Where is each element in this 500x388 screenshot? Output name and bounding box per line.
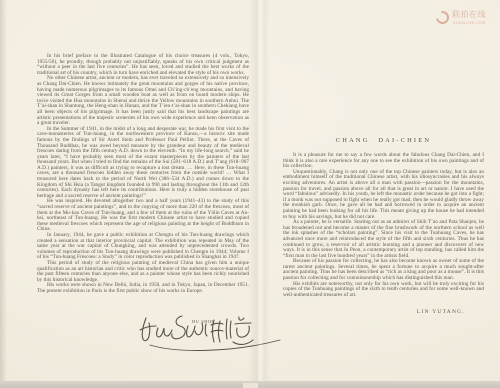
essay-paragraph: As a painter, he is versatile. Starting … (283, 220, 484, 259)
hu-shih-printed-name: HU SHIH (192, 319, 214, 324)
right-page-text-lin-yutang-essay: CHANG DAI-CHIEN It is a pleasure for me … (283, 137, 484, 298)
scanned-book-spread: In his brief preface to the Illustrated … (0, 0, 500, 388)
preface-paragraph: In the Summer of 1941, in the midst of a… (37, 127, 249, 200)
essay-paragraph: Because of his passion for collecting, h… (283, 259, 484, 281)
preface-paragraph: In his brief preface to the Illustrated … (37, 54, 249, 76)
lin-yutang-signoff: LIN YUTANG. (283, 309, 465, 315)
essay-paragraph: It is a pleasure for me to say a few wor… (283, 153, 484, 170)
preface-paragraph: He was inspired. He devoted altogether t… (37, 199, 249, 233)
essay-title: CHANG DAI-CHIEN (283, 137, 484, 144)
left-page-text-hu-shih-preface: In his brief preface to the Illustrated … (37, 54, 249, 295)
essay-paragraph: Unquestionably, Chang is not only one of… (283, 170, 484, 220)
page-gutter-crease (248, 0, 270, 381)
watermark-logo-icon (433, 8, 451, 26)
preface-paragraph: In January, 1944, he gave a public exhib… (37, 233, 249, 261)
preface-paragraph: This period of study of the religious pa… (37, 261, 249, 283)
preface-paragraph: His works were shown in New Delhi, India… (37, 283, 249, 294)
auction-site-watermark: 联拍在线 51BIDLIVE.COM (436, 10, 494, 32)
watermark-cjk-text: 联拍在线 (452, 10, 486, 19)
scan-bottom-notch (243, 383, 258, 388)
scan-left-edge-shadow (0, 0, 7, 381)
watermark-url-text: 51BIDLIVE.COM (453, 21, 486, 25)
preface-paragraph: No other Chinese artist, ancient or mode… (37, 76, 249, 126)
essay-paragraph: His exhibits are noteworthy, not only fo… (283, 282, 484, 299)
